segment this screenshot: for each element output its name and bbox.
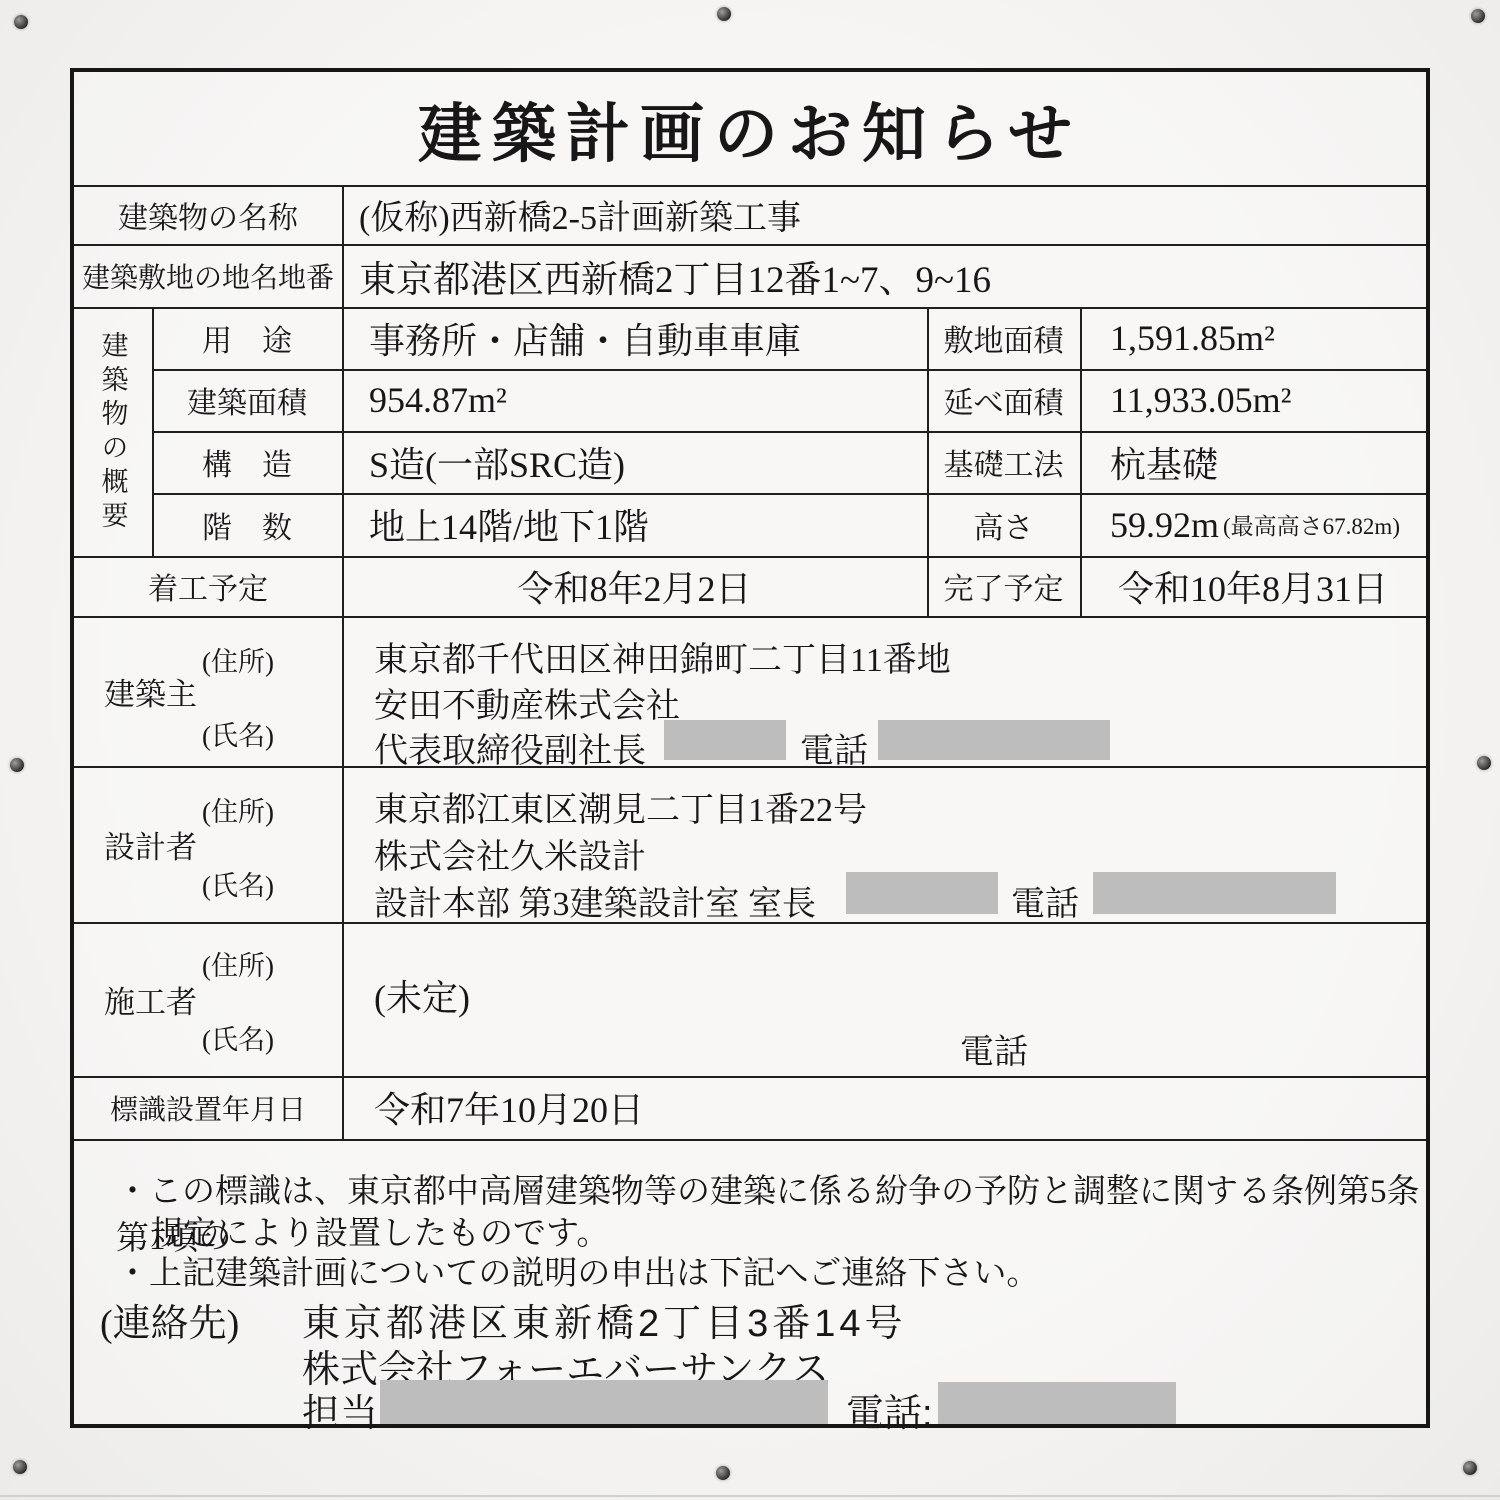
owner-address: 東京都千代田区神田錦町二丁目11番地 [374,632,951,681]
overview-floors-value: 地上14階/地下1階 [369,493,649,556]
overview-total-area-label: 延べ面積 [927,369,1080,431]
owner-label: 建築主 [104,616,197,766]
site-address-label: 建築敷地の地名地番 [74,244,342,307]
overview-foundation-value: 杭基礎 [1110,431,1218,493]
designer-name-sublabel: (氏名) [202,864,274,903]
contact-label: (連絡先) [100,1292,239,1347]
redacted-contact-phone-box [938,1382,1176,1424]
overview-floors-label: 階 数 [152,493,342,556]
overview-building-area-value: 954.87m² [369,369,507,431]
mounting-screw [13,1460,27,1474]
redacted-owner-phone-box [878,720,1110,760]
overview-structure-value: S造(一部SRC造) [369,431,625,493]
end-date-value: 令和10年8月31日 [1080,556,1426,616]
sign-date-label: 標識設置年月日 [74,1076,342,1139]
mounting-screw [716,1466,730,1480]
overview-total-area-value: 11,933.05m² [1110,369,1291,431]
owner-phone-label: 電話 [800,723,868,772]
note2: ・上記建築計画についての説明の申出は下記へご連絡下さい。 [116,1247,1039,1294]
start-date-label: 着工予定 [74,556,342,616]
mounting-screw [1477,756,1491,770]
end-date-label: 完了予定 [927,556,1080,616]
redacted-designer-name-box [846,872,998,914]
mounting-screw [717,7,731,21]
overview-section-label: 建築物の概要 [74,307,152,558]
grid-line-h [74,766,1426,768]
grid-line-h [74,1139,1426,1141]
redacted-owner-name-box [664,720,786,760]
building-name-label: 建築物の名称 [74,185,342,244]
construction-notice-board: 建築計画のお知らせ 建築物の名称 (仮称)西新橋2-5計画新築工事 建築敷地の地… [70,68,1430,1428]
mounting-screw [1471,9,1485,23]
contractor-address-sublabel: (住所) [202,944,274,983]
overview-use-label: 用 途 [152,307,342,369]
owner-representative: 代表取締役副社長 [374,723,646,772]
overview-height-label: 高さ [927,493,1080,556]
owner-address-sublabel: (住所) [202,640,274,679]
designer-address-sublabel: (住所) [202,790,274,829]
redacted-designer-phone-box [1093,872,1336,914]
contact-staff-label: 担当: [302,1382,389,1437]
designer-company: 株式会社久米設計 [374,829,646,878]
overview-site-area-label: 敷地面積 [927,307,1080,369]
building-name-value: (仮称)西新橋2-5計画新築工事 [359,185,801,244]
site-address-value: 東京都港区西新橋2丁目12番1~7、9~16 [359,244,991,307]
overview-site-area-value: 1,591.85m² [1110,307,1275,369]
mounting-screw [14,15,28,29]
contractor-phone-label: 電話 [960,1024,1028,1073]
contractor-label: 施工者 [104,922,197,1076]
grid-line-h [74,616,1426,618]
designer-phone-label: 電話 [1011,876,1079,925]
overview-use-value: 事務所・店舗・自動車車庫 [369,307,801,369]
height-max-note: (最高高さ67.82m) [1223,508,1400,541]
overview-building-area-label: 建築面積 [152,369,342,431]
owner-company: 安田不動産株式会社 [374,678,680,727]
redacted-staff-name-box [380,1380,828,1424]
grid-line-v [342,185,344,1141]
overview-foundation-label: 基礎工法 [927,431,1080,493]
overview-height-value: 59.92m (最高高さ67.82m) [1110,493,1400,556]
contractor-value: (未定) [374,970,470,1021]
overview-structure-label: 構 造 [152,431,342,493]
designer-address: 東京都江東区潮見二丁目1番22号 [374,782,867,831]
owner-name-sublabel: (氏名) [202,714,274,753]
contact-phone-label: 電話: [846,1382,933,1437]
start-date-value: 令和8年2月2日 [342,556,927,616]
contractor-name-sublabel: (氏名) [202,1018,274,1057]
panel-edge [0,1495,1500,1497]
designer-label: 設計者 [104,766,197,922]
designer-department: 設計本部 第3建築設計室 室長 [374,876,816,925]
mounting-screw [1463,1461,1477,1475]
sign-date-value: 令和7年10月20日 [374,1076,644,1139]
height-main: 59.92m [1110,504,1219,546]
mounting-screw [10,758,24,772]
notice-title: 建築計画のお知らせ [74,72,1426,185]
